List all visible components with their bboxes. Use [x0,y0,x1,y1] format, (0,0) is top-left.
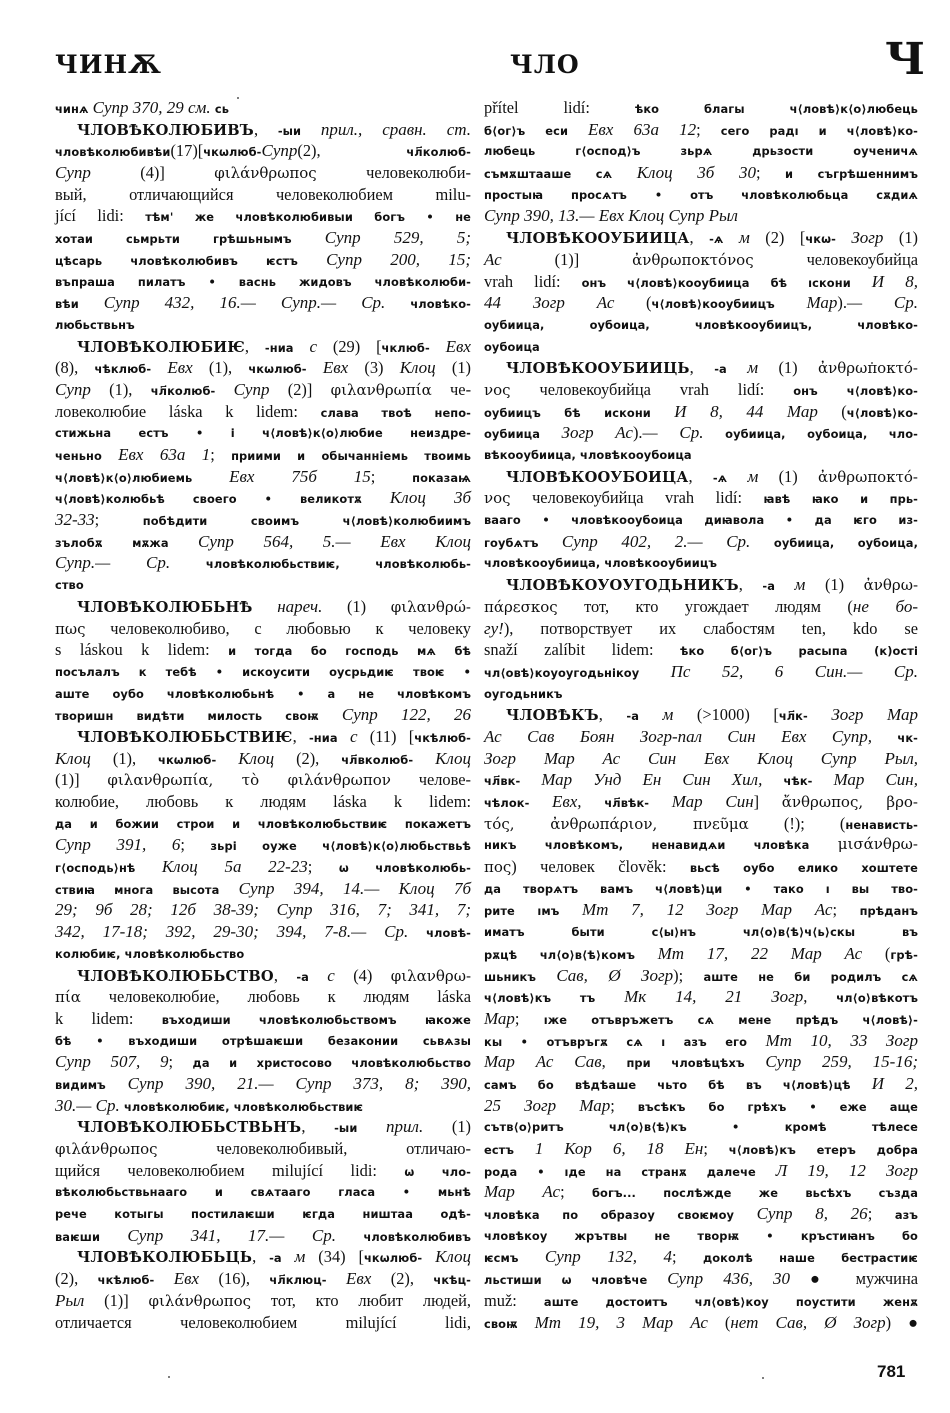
entry-line: гоубѧтъ Супр 402, 2.— Ср. оубиица, оубои… [484,531,918,553]
greek-text: ἀνθρωποκτό- [818,359,918,377]
gloss-text: ; [560,1182,592,1201]
church-slavonic-text: чловѣколюбивъ [363,1230,471,1244]
entry-line: да творѧтъ вамъ ч⟨ловѣ⟩ци • тако ı вы тв… [484,878,918,900]
headword: ЧЛОВѢКООУБОИЦА [506,469,688,486]
entry-line: τός, ἀνθρωπάριον, πνεῦμα (!); (ненависть… [484,813,918,835]
headword: ЧЛОВѢКОЛЮБЬСТВИѤ [77,729,293,746]
source-reference: Евх [346,1269,371,1288]
church-slavonic-text: оубиица, оубоица, чловѣкооубиицъ, чловѣк… [484,318,918,332]
entry-line: ствиꙗ многа высота Супр 394, 14.— Клоц 7… [55,878,471,900]
entry-first-line: ЧЛОВѢКЪ, -а м (>1000) [чл҃к- Зогр Мар [484,704,918,726]
gloss-text: (2), [55,1269,98,1288]
gloss-text: , [602,1052,627,1071]
church-slavonic-text: вьсѣ оубо елико хоштете [690,861,918,875]
gloss-text: (1) [805,575,863,594]
church-slavonic-text: вааго • чловѣкооубоица диꙗвола • да ѥго … [484,513,918,527]
gloss-text: ; [180,835,210,854]
entry-line: 342, 17-18; 392, 29-30; 394, 7-8.— Ср. ч… [55,921,471,943]
gloss-text: ; [868,1204,895,1223]
church-slavonic-text: чинѧ [55,102,93,116]
church-slavonic-text: ѡ чло- [404,1165,471,1179]
church-slavonic-text: въходиши чловѣколюбьствомъ ꙗкоже [162,1013,471,1027]
entry-line: Супр (1), чл҃колюб- Супр (2)] φιλανθρωπί… [55,379,471,401]
entry-line: рѫцѣ чл⟨о⟩в⟨ѣ⟩комъ Мт 17, 22 Мар Ас (грѣ… [484,943,918,965]
gloss-text: человеколюбивый, отличаю- [158,1139,471,1158]
entry-line: vrah lidí: онъ ч⟨ловѣ⟩кооубиица бѣ ıскон… [484,271,918,293]
entry-line: зълобѫ мѫжа Супр 564, 5.— Евх Клоц [55,531,471,553]
church-slavonic-text: самъ бо вѣдѣаше чьто бѣ въ ч⟨ловѣ⟩цѣ [484,1078,872,1092]
headword: ЧЛОВѢКОЛЮБЬНѢ [77,599,253,616]
entry-line: чл⟨овѣ⟩коуоугодьнікоу Пс 52, 6 Син.— Ср. [484,661,918,683]
source-reference: нет Сав, Ø Зогр [730,1313,885,1332]
church-slavonic-text: чловѣколюбьствиѥ, чловѣколюбь- [206,557,471,571]
church-slavonic-text: чклюб- [382,341,446,355]
source-reference: м [795,575,806,594]
church-slavonic-text: любець г⟨оспод⟩ъ зьрѧ дрьзости оученичѧ [484,144,918,158]
gloss-text: (1) [436,358,471,377]
gloss-text: ). [837,293,847,312]
greek-text: ἀνθρωποκτόνος [632,251,753,269]
gloss-text: ; [610,1096,638,1115]
greek-text: ἀνθρωποκτό- [818,468,918,486]
church-slavonic-text: чл҃колюб- [406,145,471,159]
church-slavonic-text: въпраша пилатъ • васнь жидовъ чловѣколюб… [55,275,471,289]
source-reference: Мар Син [672,792,754,811]
source-reference: Мар [484,1009,515,1028]
church-slavonic-text: ꙗвѣ ꙗко и прь- [764,492,918,506]
gloss-text: , [690,358,715,377]
church-slavonic-text: -а [296,970,327,984]
source-reference: Мар [806,293,837,312]
entry-first-line: ЧЛОВѢКООУБИИЦА, -ѧ м (2) [чкѡ- Зогр (1) [484,227,918,249]
entry-line: своѭ Мт 19, 3 Мар Ас (нет Сав, Ø Зогр) ● [484,1312,918,1334]
entry-line: хотаи сьмрьти грѣшьнымъ Супр 529, 5; [55,227,471,249]
entry-line: стижьна естъ • і ч⟨ловѣ⟩к⟨о⟩любие неиздр… [55,422,471,444]
church-slavonic-text: чл҃к- [779,709,832,723]
church-slavonic-text: чловѣко- [410,297,471,311]
church-slavonic-text: чкѡлюб- [158,753,238,767]
entry-line: цѣсарь чловѣколюбивъ ѥстъ Супр 200, 15; [55,249,471,271]
church-slavonic-text: чкѡлюб- [248,362,322,376]
source-reference: м [295,1247,306,1266]
entry-line: νος человекоубийца vrah lidí: онъ ч⟨ловѣ… [484,379,918,401]
gloss-text: ( [862,944,890,963]
source-reference: Клоц 3б 30 [637,163,756,182]
headword: ЧЛОВѢКОЛЮБИѤ [77,339,245,356]
entry-line: (1)] φιλανθρωπία, τὸ φιλάνθρωπον челове- [55,769,471,791]
church-slavonic-text: чл҃колюб- [151,384,234,398]
church-slavonic-text: грѣ- [890,948,918,962]
entry-line: Зогр Мар Ас Син Евх Клоц Супр Рыл, [484,748,918,770]
gloss-text: отличается человеколюбием milující lidi, [55,1313,471,1332]
church-slavonic-text: аште оубо чловѣколюбьнѣ • а не чловѣкомъ [55,687,471,701]
entry-line: πάρεσκος тот, кто угождает людям (не бо- [484,596,918,618]
entry-line: přítel lidí: ѣко благы ч⟨ловѣ⟩к⟨о⟩любець [484,97,918,119]
gloss-text: muž: [484,1291,544,1310]
source-reference: Ас Сав Боян Зогр-пал Син Евх Супр, [484,727,897,746]
gloss-text: (1)] [502,250,632,269]
entry-line: φιλάνθρωπος человеколюбивый, отличаю- [55,1138,471,1160]
church-slavonic-text: чловѣкооубиица, чловѣкооубиицъ [484,556,717,570]
headword: ЧЛОВѢКООУБИИЦЬ [506,360,690,377]
entry-line: любець г⟨оспод⟩ъ зьрѧ дрьзости оученичѧ [484,140,918,162]
gloss-text: ), потворствует их слабостям ten, kdo se [504,619,918,638]
source-reference: прил., сравн. ст. [321,120,471,139]
gloss-text: (1), [91,380,151,399]
source-reference: Супр 391, 6 [55,835,180,854]
church-slavonic-text: -ниа [265,341,310,355]
source-reference: прил. [386,1117,423,1136]
source-reference: гу! [484,619,504,638]
entry-line: чл҃вк- Мар Унд Ен Син Хил, чѣк- Мар Син, [484,769,918,791]
entry-line: ч⟨ловѣ⟩колюбьѣ своего • великотѫ Клоц 3б [55,487,471,509]
entry-line: б⟨ог⟩ъ еси Евх 63а 12; сего радı и ч⟨лов… [484,119,918,141]
headword: ЧЛОВѢКЪ [506,707,599,724]
gloss-text: (>1000) [ [673,705,778,724]
church-slavonic-text: чѣклюб- [94,362,167,376]
source-reference: Л 19, 12 Зогр [776,1161,918,1180]
greek-text: φιλάνθρωπος [149,1292,252,1310]
source-reference: И 8, [872,272,918,291]
gloss-text: ) человек člověk: [511,857,690,876]
gloss-text: ; [95,510,143,529]
gloss-text: тот, кто угождает людям ( [558,597,853,616]
gloss-text: че- [432,380,471,399]
church-slavonic-text: аште не би родилъ сѧ [703,970,918,984]
source-reference: Супр 432, 16.— Супр.— Ср. [104,293,411,312]
church-slavonic-text: ѣко благы ч⟨ловѣ⟩к⟨о⟩любець [635,102,918,116]
entry-first-line: ЧЛОВѢКОЛЮБЬСТВИѤ, -ниа с (11) [чкѣлюб- [55,726,471,748]
church-slavonic-text: -а [714,362,747,376]
source-reference: 342, 17-18; 392, 29-30; 394, 7-8.— Ср. [55,922,426,941]
gloss-text: (17)[ [170,141,203,160]
greek-text: νος [484,381,511,399]
source-reference: Супр [234,380,270,399]
entry-line: muž: аште достоитъ чл⟨овѣ⟩коу поустити ж… [484,1290,918,1312]
source-reference: Мт 7, 12 Зогр Мар Ас [582,900,832,919]
church-slavonic-text: показаѩ [412,471,471,485]
source-reference: с [309,337,317,356]
church-slavonic-text: посълалъ к тебѣ • искоусити оусрьдиѥ тво… [55,665,471,679]
church-slavonic-text: онъ ч⟨ловѣ⟩кооубиица бѣ ıскони [582,276,872,290]
church-slavonic-text: гоубѧтъ [484,536,562,550]
gloss-text: (1), [193,358,249,377]
source-reference: Супр 390, 21.— Супр 373, 8; 390, [128,1074,471,1093]
entry-line: естъ 1 Кор 6, 18 Ен; ч⟨ловѣ⟩къ етеръ доб… [484,1138,918,1160]
gloss-text: ; [756,163,785,182]
entry-line: k lidem: въходиши чловѣколюбьствомъ ꙗкож… [55,1008,471,1030]
entry-line: Супр 507, 9; да и христосово чловѣколюбь… [55,1051,471,1073]
entry-line: щийся человеколюбием milující lidi: ѡ чл… [55,1160,471,1182]
entry-line: ч⟨ловѣ⟩къ тъ Мк 14, 21 Зогр, чл⟨о⟩вѣкотъ [484,986,918,1008]
scan-speck [871,362,873,364]
entry-line: Мар Ас Сав, при чловѣцѣхъ Супр 259, 15-1… [484,1051,918,1073]
entry-first-line: ЧЛОВѢКОЛЮБЬСТВЬНЪ, -ыи прил. (1) [55,1116,471,1138]
source-reference: Евх [167,358,192,377]
source-reference: Клоц [400,358,436,377]
church-slavonic-text: сего радı и ч⟨ловѣ⟩ко- [721,124,918,138]
entry-line: колюбие, любовь к людям láska k lidem: [55,791,471,813]
church-slavonic-text: ѡ чловѣколюбь- [339,861,471,875]
church-slavonic-text: оугодьникъ [484,687,563,701]
source-reference: Клоц [435,749,471,768]
church-slavonic-text: чловѣка по образоу своѥмоу [484,1208,757,1222]
church-slavonic-text: побѣдити своимъ ч⟨ловѣ⟩колюбиимъ [143,514,471,528]
entry-line: оубиица, оубоица, чловѣкооубиицъ, чловѣк… [484,314,918,336]
church-slavonic-text: сътв⟨о⟩ритъ чл⟨о⟩в⟨ѣ⟩къ • кромѣ тѣлесе [484,1120,918,1134]
entry-line: Супр (4)] φιλάνθρωπος человеколюби- [55,162,471,184]
entry-line: 25 Зогр Мар; въсѣкъ бо грѣхъ • еже аще [484,1095,918,1117]
church-slavonic-text: ѥсмъ [484,1251,545,1265]
gloss-text: , [301,1117,334,1136]
church-slavonic-text: да и божии строи и чловѣколюбьствиѥ пока… [55,817,471,831]
gloss-text: ; [672,1247,703,1266]
source-reference: Евх 75б 15 [229,467,371,486]
entry-line: ѥсмъ Супр 132, 4; доколѣ наше бестрастиѥ [484,1246,918,1268]
church-slavonic-text: тѣм' же чловѣколюбивыи богъ • не [145,210,471,224]
church-slavonic-text: -ыи [278,124,321,138]
entry-line: Мар; ıже отъвръжетъ сѧ мене прѣдъ ч⟨ловѣ… [484,1008,918,1030]
church-slavonic-text: ч⟨ловѣ⟩ко- [847,406,918,420]
church-slavonic-text: бѣ • въходиши отрѣшаѥши безаконии сьвѧзы [55,1034,471,1048]
source-reference: Супр 122, 26 [342,705,471,724]
source-reference: Евх 63а 12 [588,120,696,139]
church-slavonic-text: чл⟨овѣ⟩коуоугодьнікоу [484,666,671,680]
source-reference: Евх 63а 1 [118,445,210,464]
entry-line: 44 Зогр Ас (ч⟨ловѣ⟩кооубиицъ Мар).— Ср. [484,292,918,314]
entry-line: 30.— Ср. чловѣколюбиѥ, чловѣколюбьствиѥ [55,1095,471,1117]
church-slavonic-text: аште достоитъ чл⟨овѣ⟩коу поустити женѫ [544,1295,918,1309]
entry-line: Ас Сав Боян Зогр-пал Син Евх Супр, чк- [484,726,918,748]
entry-line: видимъ Супр 390, 21.— Супр 373, 8; 390, [55,1073,471,1095]
gloss-text: , [688,467,712,486]
gloss-text: s láskou k lidem: [55,640,228,659]
entry-line: вѣколюбьствьнааго и свѧтааго гласа • мьн… [55,1181,471,1203]
source-reference: — Ср. [847,293,918,312]
source-reference: Супр 529, 5; [325,228,471,247]
source-reference: 30.— Ср. [55,1096,124,1115]
church-slavonic-text: ваѥши [55,1230,127,1244]
church-slavonic-text: -ниа [309,731,350,745]
entry-first-line: ЧЛОВѢКОЛЮБЬНѢ нареч. (1) φιλανθρώ- [55,596,471,618]
entry-line: Мар Ас; богъ... послѣжде же вьсѣхъ създа [484,1181,918,1203]
entry-line: Ас (1)] ἀνθρωποκτόνος человекоубийца [484,249,918,271]
entry-line: аште оубо чловѣколюбьнѣ • а не чловѣкомъ [55,683,471,705]
entry-first-line: ЧЛОВѢКООУБОИЦА, -ѧ м (1) ἀνθρωποκτό- [484,466,918,488]
source-reference: Мк 14, 21 Зогр [624,987,803,1006]
church-slavonic-text: естъ [484,1143,535,1157]
greek-text: πία [55,988,81,1006]
gloss-text: человекоубийца [754,250,918,269]
gloss-text: (1)] [84,1291,148,1310]
entry-line: Клоц (1), чкѡлюб- Клоц (2), чл҃вколюб- К… [55,748,471,770]
source-reference: Рыл [55,1291,84,1310]
gloss-text: (1) [758,358,818,377]
church-slavonic-text: рода • ıде на странѫ далече [484,1165,776,1179]
gloss-text: человекоубийца vrah lidí: [511,380,794,399]
church-slavonic-text: шьникъ [484,970,556,984]
source-reference: м [747,467,758,486]
source-reference: Мт 17, 22 Мар Ас [658,944,863,963]
source-reference: Зогр [851,228,883,247]
gloss-text: přítel lidí: [484,98,635,117]
church-slavonic-text: слава твоѣ непо- [321,406,471,420]
gloss-text: , [803,987,836,1006]
church-slavonic-text: кы • отъвръгѫ сѧ ı азъ его [484,1035,765,1049]
gloss-text: ) ● [886,1313,918,1332]
greek-text: πος [484,858,511,876]
church-slavonic-text: чл҃вколюб- [341,753,435,767]
church-slavonic-text: чл҃вк- [484,774,541,788]
entry-line: рите ıмъ Мт 7, 12 Зогр Мар Ас; прѣданъ [484,899,918,921]
entry-line: ваѥши Супр 341, 17.— Ср. чловѣколюбивъ [55,1225,471,1247]
gloss-text: ; [168,1052,192,1071]
headword: ЧЛОВѢКОЛЮБИВЪ [77,122,254,139]
source-reference: Мт 10, 33 Зогр [765,1031,918,1050]
source-reference: Клоц [435,1247,471,1266]
church-slavonic-text: -а [269,1251,294,1265]
church-slavonic-text: вѣколюбьствьнааго и свѧтааго гласа • мьн… [55,1185,471,1199]
gloss-text: (1) [883,228,918,247]
entry-line: въпраша пилатъ • васнь жидовъ чловѣколюб… [55,271,471,293]
source-reference: Супр 564, 5.— Евх Клоц [198,532,471,551]
entry-line: (8), чѣклюб- Евх (1), чкѡлюб- Евх (3) Кл… [55,357,471,379]
entry-line: Супр.— Ср. чловѣколюбьствиѥ, чловѣколюбь… [55,552,471,574]
entry-line: вый, отличающийся человеколюбием milu- [55,184,471,206]
source-reference: Супр 341, 17.— Ср. [127,1226,363,1245]
entry-line: рече котыгы постилаѥши ѥгда ништаа одѣ- [55,1203,471,1225]
source-reference: Мар Ас Сав [484,1052,602,1071]
church-slavonic-text: -ѧ [713,471,748,485]
entry-line: Рыл (1)] φιλάνθρωπος тот, кто любит люде… [55,1290,471,1312]
church-slavonic-text: ство [55,578,84,592]
gloss-text: (2)] [269,380,330,399]
church-slavonic-text: никъ чловѣкомъ, ненавидѧи чловѣка [484,838,838,852]
gloss-text: ; [696,120,721,139]
church-slavonic-text: ıже отъвръжетъ сѧ мене прѣдъ ч⟨ловѣ⟩- [544,1013,918,1027]
church-slavonic-text: вѣи [55,297,104,311]
source-reference: И 2, [872,1074,918,1093]
source-reference: Зогр Ас [562,423,633,442]
church-slavonic-text: съмѫштааше сѧ [484,167,637,181]
gloss-text: ; [371,467,412,486]
church-slavonic-text: хотаи сьмрьти грѣшьнымъ [55,232,325,246]
entry-line: любьствьнъ [55,314,471,336]
source-reference: Клоц [55,749,91,768]
church-slavonic-text: чл҃клюц- [269,1273,346,1287]
source-reference: Клоц [238,749,274,768]
gloss-text: (!); ( [749,814,846,833]
church-slavonic-text: ч⟨ловѣ⟩кооубиицъ [652,297,807,311]
entry-line: вааго • чловѣкооубоица диꙗвола • да ѥго … [484,509,918,531]
entry-line: νος человекоубийца vrah lidí: ꙗвѣ ꙗко и … [484,487,918,509]
church-slavonic-text: ч⟨ловѣ⟩къ етеръ добра [729,1143,918,1157]
church-slavonic-text: оубиица [484,427,562,441]
entry-line: оубиица Зогр Ас).— Ср. оубиица, оубоица,… [484,422,918,444]
source-reference: с [327,966,335,985]
church-slavonic-text: ч⟨ловѣ⟩къ тъ [484,991,624,1005]
gloss-text: jící lidi: [55,206,145,225]
entry-line: πως человеколюбиво, с любовью к человеку [55,618,471,640]
gloss-text: ( [708,1313,730,1332]
entry-line: оубоица [484,336,918,358]
gloss-text: ] [754,792,782,811]
gloss-text: (2), [297,141,406,160]
gloss-text: колюбие, любовь к людям láska k lidem: [55,792,471,811]
gloss-text: (34) [ [305,1247,364,1266]
gloss-text: , [690,228,710,247]
gloss-text: (29) [ [317,337,382,356]
entry-line: рода • ıде на странѫ далече Л 19, 12 Зог… [484,1160,918,1182]
source-reference: Мт 19, 3 Мар Ас [535,1313,708,1332]
source-reference: не бо- [853,597,918,616]
greek-text: φιλανθρω- [391,967,471,985]
source-reference: Сав, Ø Зогр [556,966,673,985]
church-slavonic-text: чкѡлюб- [364,1251,435,1265]
church-slavonic-text: азъ [895,1208,918,1222]
church-slavonic-text: творишн видѣти милость своѭ [55,709,342,723]
gloss-text: (2) [ [750,228,806,247]
headword: ЧЛОВѢКОЛЮБЬЦЬ [77,1249,252,1266]
church-slavonic-text: ѣко б⟨ог⟩ъ расыпа (к)ості [680,644,918,658]
entry-first-line: ЧЛОВѢКОЛЮБЬЦЬ, -а м (34) [чкѡлюб- Клоц [55,1246,471,1268]
entry-first-line: ЧЛОВѢКОЛЮБИВЪ, -ыи прил., сравн. ст. [55,119,471,141]
church-slavonic-text: видимъ [55,1078,128,1092]
source-reference: Супр 200, 15; [326,250,471,269]
gloss-text: snaží zalíbit lidem: [484,640,680,659]
entry-line: творишн видѣти милость своѭ Супр 122, 26 [55,704,471,726]
gloss-text: (1), [91,749,158,768]
gloss-text: тот, кто любит людей, [251,1291,471,1310]
church-slavonic-text: ч⟨ловѣ⟩колюбьѣ своего • великотѫ [55,492,390,506]
gloss-text: vrah lidí: [484,272,582,291]
church-slavonic-text: зълобѫ мѫжа [55,536,198,550]
church-slavonic-text: стижьна естъ • і ч⟨ловѣ⟩к⟨о⟩любие неиздр… [55,426,471,440]
entry-line: πος) человек člověk: вьсѣ оубо елико хош… [484,856,918,878]
source-reference: Супр 259, 15-16; [765,1052,918,1071]
church-slavonic-text: оубиицъ бѣ искони [484,406,674,420]
church-slavonic-text: -ыи [334,1121,386,1135]
source-reference: Супр 394, 14.— Клоц 7б [239,879,471,898]
church-slavonic-text: чловѣкоу жрътвы не творѭ • кръстиꙗнъ бо [484,1229,918,1243]
greek-text: τός, ἀνθρωπάριον, πνεῦμα [484,815,749,833]
church-slavonic-text: рѫцѣ чл⟨о⟩в⟨ѣ⟩комъ [484,948,658,962]
entry-line: Супр 391, 6; зьрі оуже ч⟨ловѣ⟩к⟨о⟩любьст… [55,834,471,856]
entry-line: чловѣка по образоу своѥмоу Супр 8, 26; а… [484,1203,918,1225]
entry-line: льстиши ѡ чловѣче Супр 436, 30 ● мужчина [484,1268,918,1290]
greek-text: φιλανθρωπία, τὸ φιλάνθρωπον [107,771,390,789]
church-slavonic-text: любьствьнъ [55,318,135,332]
entry-line: оугодьникъ [484,683,918,705]
entry-line: 32-33; побѣдити своимъ ч⟨ловѣ⟩колюбиимъ [55,509,471,531]
church-slavonic-text: доколѣ наше бестрастиѥ [703,1251,918,1265]
entry-line: jící lidi: тѣм' же чловѣколюбивыи богъ •… [55,205,471,227]
entry-line: вѣкооубиица, чловѣкооубоица [484,444,918,466]
church-slavonic-text: чловѣ- [426,926,471,940]
gloss-text: , [739,575,763,594]
entry-line: чловѣкооубиица, чловѣкооубиицъ [484,552,918,574]
source-reference: 44 Зогр Ас [484,293,614,312]
entry-line: иматъ быти с⟨ы⟩нъ чл⟨о⟩в⟨ѣ⟩ч⟨ь⟩скы въ [484,921,918,943]
entry-line: шьникъ Сав, Ø Зогр); аште не би родилъ с… [484,965,918,987]
source-reference: Евх [323,358,348,377]
greek-text: φιλάνθρωπος [214,164,317,182]
church-slavonic-text: и съгрѣшеннимъ [785,167,918,181]
entry-line: вѣи Супр 432, 16.— Супр.— Ср. чловѣко- [55,292,471,314]
church-slavonic-text: и тогда бо господь мѧ бѣ [228,644,471,658]
church-slavonic-text: оубиица, оубоица, чло- [725,427,918,441]
running-head-center: ЧЛО [510,50,580,79]
